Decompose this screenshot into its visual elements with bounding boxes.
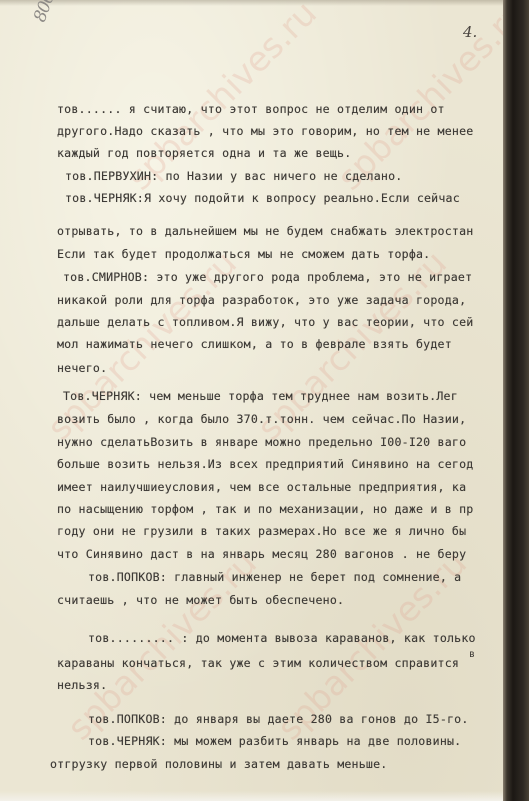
text-line: имеет наилучшиеусловия, чем все остальны… — [57, 480, 466, 494]
text-line: по насыщению торфом , так и по механизац… — [57, 502, 473, 516]
text-line: дальше делать с топливом.Я вижу, что у в… — [57, 315, 473, 329]
text-line: нечего. — [57, 361, 107, 375]
speaker-line: Тов.ЧЕРНЯК: чем меньше торфа тем труднее… — [63, 389, 458, 403]
handwritten-archive-number: 806 — [30, 0, 59, 25]
speaker-line: тов.ПЕРВУХИН: по Назии у вас ничего не с… — [65, 169, 402, 183]
text-line: другого.Надо сказать , что мы это говори… — [57, 124, 473, 138]
text-line: мол нажимать нечего слишком, а то в февр… — [57, 337, 452, 351]
speaker-line: тов.ЧЕРНЯК:Я хочу подойти к вопросу реал… — [65, 191, 460, 205]
text-line: отгрузку первой половины и затем давать … — [50, 757, 387, 771]
speaker-line: тов......... : до момента вывоза караван… — [88, 631, 476, 645]
text-line: каждый год повторяется одна и та же вещь… — [57, 146, 351, 160]
text-line: считаешь , что не может быть обеспечено. — [57, 593, 344, 607]
text-line: возить было , когда было 370.т.тонн. чем… — [57, 412, 466, 426]
text-line: больше возить нельзя.Из всех предприятий… — [57, 457, 473, 471]
page-bottom-edge — [0, 791, 510, 801]
text-line: отрывать, то в дальнейшем мы не будем сн… — [57, 224, 473, 238]
text-line: Если так будет продолжаться мы не сможем… — [57, 247, 430, 261]
page-number: 4. — [463, 23, 477, 41]
text-line: нельзя. — [57, 678, 107, 692]
text-line: караваны кончаться, так уже с этим колич… — [57, 656, 459, 670]
text-line: году они не грузили в таких размерах.Но … — [57, 524, 466, 538]
document-page: spbarchives.ru spbarchives.ru spbarchive… — [0, 0, 510, 801]
text-line: тов...... я считаю, что этот вопрос не о… — [57, 102, 445, 116]
text-line: нужно сделатьВозить в январе можно преде… — [57, 435, 466, 449]
book-binding-edge — [503, 0, 529, 801]
handwritten-insert: в — [469, 649, 475, 660]
speaker-line: тов.ПОПКОВ: главный инженер не берет под… — [88, 570, 461, 584]
speaker-line: тов.СМИРНОВ: это уже другого рода пробле… — [63, 270, 472, 284]
page-top-shadow — [0, 0, 510, 6]
text-line: никакой роли для торфа разработок, это у… — [57, 293, 466, 307]
speaker-line: тов.ПОПКОВ: до января вы даете 280 ва го… — [88, 712, 469, 726]
text-line: что Синявино даст в на январь месяц 280 … — [57, 547, 466, 561]
speaker-line: тов.ЧЕРНЯК: мы можем разбить январь на д… — [88, 734, 461, 748]
